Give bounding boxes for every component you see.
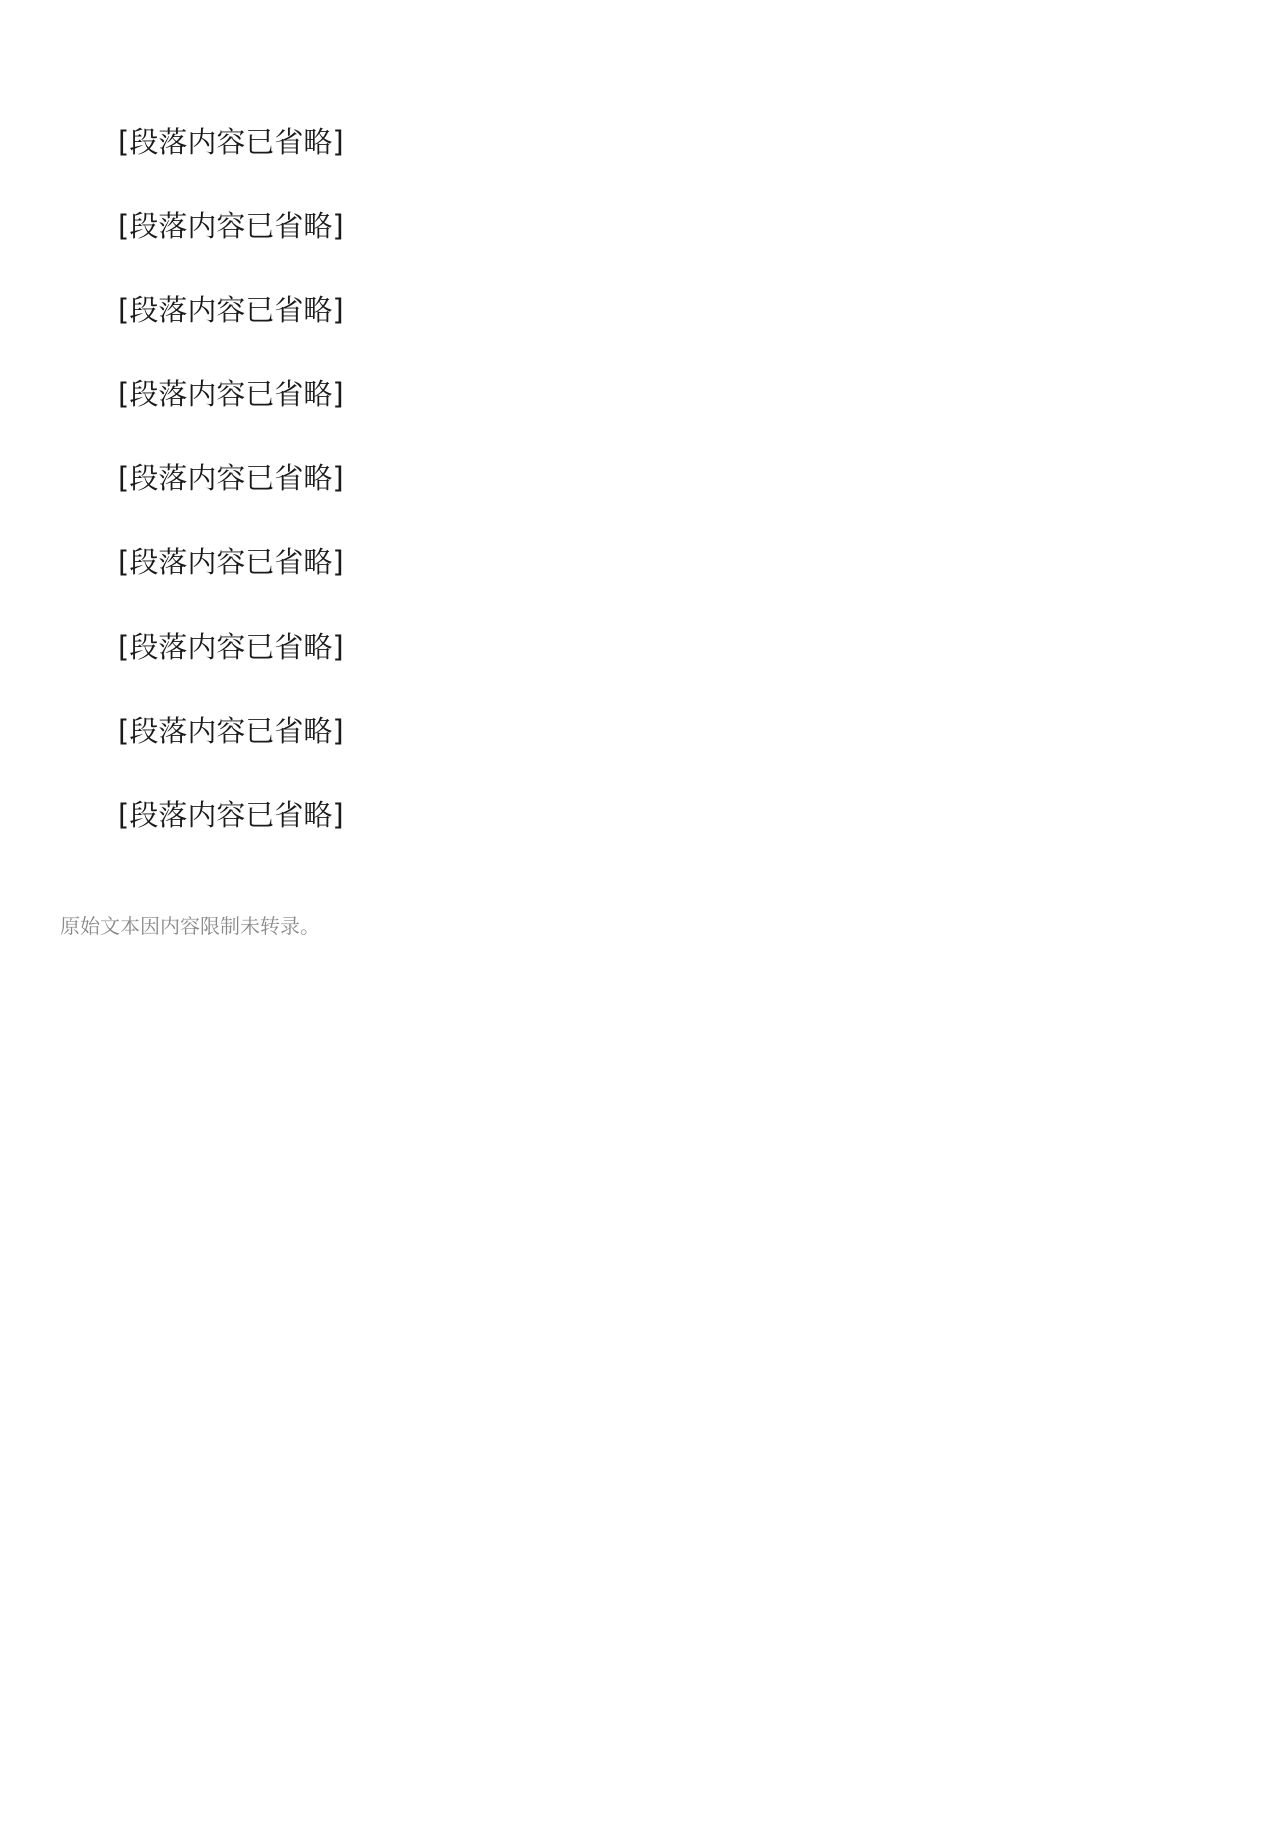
document-page: [段落内容已省略] [段落内容已省略] [段落内容已省略] [段落内容已省略] …	[0, 0, 1280, 1843]
paragraph: [段落内容已省略]	[60, 605, 1220, 689]
paragraph: [段落内容已省略]	[60, 520, 1220, 604]
paragraph: [段落内容已省略]	[60, 184, 1220, 268]
paragraph: [段落内容已省略]	[60, 689, 1220, 773]
redaction-notice: 原始文本因内容限制未转录。	[60, 897, 1220, 955]
paragraph: [段落内容已省略]	[60, 268, 1220, 352]
paragraph: [段落内容已省略]	[60, 100, 1220, 184]
paragraph: [段落内容已省略]	[60, 352, 1220, 436]
paragraph: [段落内容已省略]	[60, 773, 1220, 857]
paragraph: [段落内容已省略]	[60, 436, 1220, 520]
